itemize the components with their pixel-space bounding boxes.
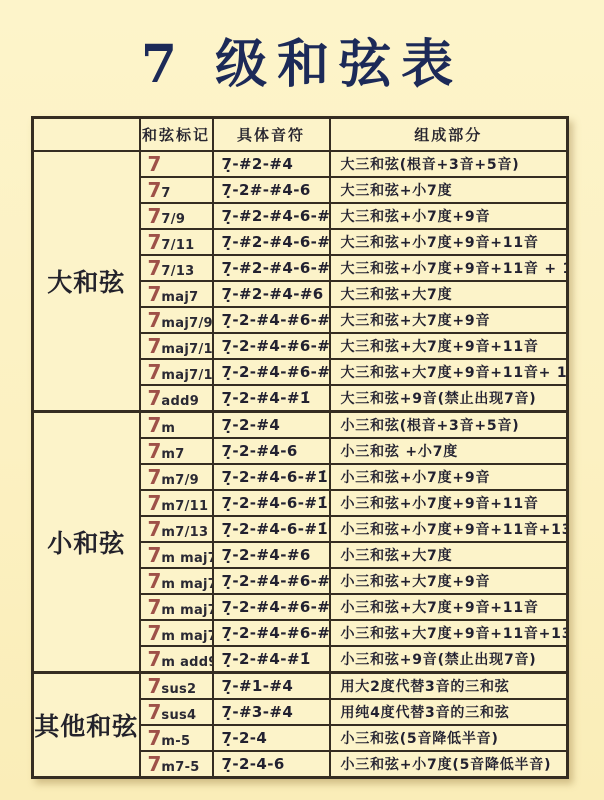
chord-label-cell: 7m7/9: [140, 464, 213, 490]
chord-root: 7: [148, 674, 162, 698]
components-cell: 小三和弦+小7度(5音降低半音): [330, 751, 568, 778]
chord-root: 7: [148, 543, 162, 567]
chord-label-cell: 7m7/11: [140, 490, 213, 516]
chord-label-cell: 7sus4: [140, 699, 213, 725]
notes-cell: 7̣-2-4-6: [213, 751, 330, 778]
group-label: 大和弦: [33, 151, 140, 412]
chord-label-cell: 7add9: [140, 385, 213, 412]
chord-label-cell: 7maj7/11: [140, 333, 213, 359]
chord-root: 7: [148, 282, 162, 306]
chord-label-cell: 77/11: [140, 229, 213, 255]
chord-suffix: m: [161, 421, 175, 436]
components-cell: 小三和弦+小7度+9音: [330, 464, 568, 490]
chord-suffix: sus4: [161, 708, 196, 723]
header-row: 和弦标记 具体音符 组成部分: [33, 118, 568, 151]
chord-suffix: m maj7/9: [161, 577, 212, 592]
group-label: 小和弦: [33, 411, 140, 672]
components-cell: 小三和弦+大7度: [330, 542, 568, 568]
header-components: 组成部分: [330, 118, 568, 151]
chord-suffix: m maj7: [161, 551, 212, 566]
notes-cell: 7̣-#2-#4-#6: [213, 281, 330, 307]
chord-root: 7: [148, 647, 162, 671]
components-cell: 大三和弦+大7度+9音+11音: [330, 333, 568, 359]
components-cell: 小三和弦+小7度+9音+11音: [330, 490, 568, 516]
notes-cell: 7̣-2-#4-#6-#1̇: [213, 568, 330, 594]
chord-root: 7: [148, 621, 162, 645]
chord-root: 7: [148, 491, 162, 515]
components-cell: 小三和弦+大7度+9音: [330, 568, 568, 594]
chord-suffix: 7/13: [161, 264, 194, 279]
chord-label-cell: 7m maj7: [140, 542, 213, 568]
chord-label-cell: 7sus2: [140, 672, 213, 699]
chord-suffix: m7/11: [161, 499, 208, 514]
notes-cell: 7̣-#2-#4-6-#1̇: [213, 203, 330, 229]
notes-cell: 7̣-#2-#4-6-#1̇-3̇: [213, 229, 330, 255]
chord-root: 7: [148, 752, 162, 776]
chord-label-cell: 7maj7: [140, 281, 213, 307]
chord-suffix: m7/9: [161, 473, 199, 488]
group-label: 其他和弦: [33, 672, 140, 777]
components-cell: 小三和弦 +小7度: [330, 438, 568, 464]
components-cell: 大三和弦+小7度+9音+11音 + 13音: [330, 255, 568, 281]
page: { "page": { "title": "7 级和弦表" }, "colors…: [0, 0, 604, 800]
chord-root: 7: [148, 517, 162, 541]
chord-suffix: maj7/13: [161, 368, 212, 383]
chord-label-cell: 7m7/13: [140, 516, 213, 542]
chord-root: 7: [148, 569, 162, 593]
table-row: 大和弦77̣-#2-#4大三和弦(根音+3音+5音): [33, 151, 568, 177]
chord-suffix: 7/11: [161, 238, 194, 253]
chord-label-cell: 7m: [140, 411, 213, 438]
chord-suffix: m7-5: [161, 760, 199, 775]
chord-label-cell: 7m add9: [140, 646, 213, 673]
notes-cell: 7̣-2-#4-#6-#1̇-3̇-5̇: [213, 359, 330, 385]
components-cell: 小三和弦(5音降低半音): [330, 725, 568, 751]
chord-root: 7: [148, 413, 162, 437]
chord-suffix: m add9: [161, 655, 212, 670]
components-cell: 大三和弦+9音(禁止出现7音): [330, 385, 568, 412]
components-cell: 大三和弦+大7度: [330, 281, 568, 307]
notes-cell: 7̣-2-#4-6-#1̇-3̇-5̇: [213, 516, 330, 542]
notes-cell: 7̣-#2-#4-6-#1̇-3̇-5̇: [213, 255, 330, 281]
chord-suffix: sus2: [161, 682, 196, 697]
chord-suffix: m maj7/11: [161, 603, 212, 618]
chord-root: 7: [148, 465, 162, 489]
chord-root: 7: [148, 360, 162, 384]
chord-label-cell: 77/13: [140, 255, 213, 281]
notes-cell: 7̣-2-#4-6-#1̇-3̇: [213, 490, 330, 516]
components-cell: 大三和弦+小7度: [330, 177, 568, 203]
notes-cell: 7̣-2-#4-#1̇: [213, 646, 330, 673]
components-cell: 大三和弦(根音+3音+5音): [330, 151, 568, 177]
chord-table: 和弦标记 具体音符 组成部分 大和弦77̣-#2-#4大三和弦(根音+3音+5音…: [31, 116, 569, 779]
notes-cell: 7̣-2#-#4-6: [213, 177, 330, 203]
chord-root: 7: [148, 230, 162, 254]
notes-cell: 7̣-2-#4-#1̇: [213, 385, 330, 412]
chord-root: 7: [148, 386, 162, 410]
components-cell: 小三和弦+9音(禁止出现7音): [330, 646, 568, 673]
chord-label-cell: 77: [140, 177, 213, 203]
notes-cell: 7̣-2-#4: [213, 411, 330, 438]
chord-root: 7: [148, 204, 162, 228]
chord-root: 7: [148, 178, 162, 202]
table-body: 大和弦77̣-#2-#4大三和弦(根音+3音+5音)777̣-2#-#4-6大三…: [33, 151, 568, 778]
chord-root: 7: [148, 700, 162, 724]
notes-cell: 7̣-2-#4-#6-#1̇: [213, 307, 330, 333]
notes-cell: 7̣-2-#4-#6-#1̇-3̇-5̇: [213, 620, 330, 646]
chord-label-cell: 7maj7/13: [140, 359, 213, 385]
table-row: 其他和弦7sus27̣-#1-#4用大2度代替3音的三和弦: [33, 672, 568, 699]
notes-cell: 7̣-2-#4-6-#1̇: [213, 464, 330, 490]
components-cell: 用纯4度代替3音的三和弦: [330, 699, 568, 725]
chord-label-cell: 7m-5: [140, 725, 213, 751]
chord-suffix: m maj7/13: [161, 629, 212, 644]
notes-cell: 7̣-2-#4-#6: [213, 542, 330, 568]
components-cell: 小三和弦+大7度+9音+11音+13音: [330, 620, 568, 646]
chord-suffix: add9: [161, 394, 199, 409]
header-notes: 具体音符: [213, 118, 330, 151]
chord-suffix: maj7/9: [161, 316, 212, 331]
notes-cell: 7̣-#3-#4: [213, 699, 330, 725]
chord-root: 7: [148, 726, 162, 750]
chord-suffix: 7: [161, 186, 170, 201]
chord-root: 7: [148, 256, 162, 280]
components-cell: 小三和弦+小7度+9音+11音+13音: [330, 516, 568, 542]
table-row: 小和弦7m7̣-2-#4小三和弦(根音+3音+5音): [33, 411, 568, 438]
chord-suffix: maj7/11: [161, 342, 212, 357]
chord-label-cell: 7m7-5: [140, 751, 213, 778]
chord-root: 7: [148, 334, 162, 358]
notes-cell: 7̣-#1-#4: [213, 672, 330, 699]
notes-cell: 7̣-2-#4-#6-#1̇-3̇: [213, 333, 330, 359]
chord-root: 7: [148, 595, 162, 619]
chord-root: 7: [148, 439, 162, 463]
components-cell: 大三和弦+小7度+9音+11音: [330, 229, 568, 255]
components-cell: 大三和弦+大7度+9音: [330, 307, 568, 333]
notes-cell: 7̣-2-4: [213, 725, 330, 751]
notes-cell: 7̣-2-#4-#6-#1̇-3̇: [213, 594, 330, 620]
header-chord-mark: 和弦标记: [140, 118, 213, 151]
chord-suffix: m-5: [161, 734, 190, 749]
page-title: 7 级和弦表: [0, 22, 604, 97]
components-cell: 大三和弦+小7度+9音: [330, 203, 568, 229]
chord-root: 7: [148, 308, 162, 332]
components-cell: 用大2度代替3音的三和弦: [330, 672, 568, 699]
chord-label-cell: 77/9: [140, 203, 213, 229]
chord-root: 7: [148, 152, 162, 176]
components-cell: 大三和弦+大7度+9音+11音+ 13音: [330, 359, 568, 385]
chord-label-cell: 7m maj7/9: [140, 568, 213, 594]
notes-cell: 7̣-#2-#4: [213, 151, 330, 177]
chord-label-cell: 7maj7/9: [140, 307, 213, 333]
components-cell: 小三和弦(根音+3音+5音): [330, 411, 568, 438]
chord-suffix: m7: [161, 447, 184, 462]
chord-suffix: maj7: [161, 290, 198, 305]
chord-label-cell: 7: [140, 151, 213, 177]
header-group: [33, 118, 140, 151]
chord-label-cell: 7m7: [140, 438, 213, 464]
chord-suffix: 7/9: [161, 212, 185, 227]
chord-suffix: m7/13: [161, 525, 208, 540]
notes-cell: 7̣-2-#4-6: [213, 438, 330, 464]
chord-label-cell: 7m maj7/11: [140, 594, 213, 620]
chord-label-cell: 7m maj7/13: [140, 620, 213, 646]
components-cell: 小三和弦+大7度+9音+11音: [330, 594, 568, 620]
